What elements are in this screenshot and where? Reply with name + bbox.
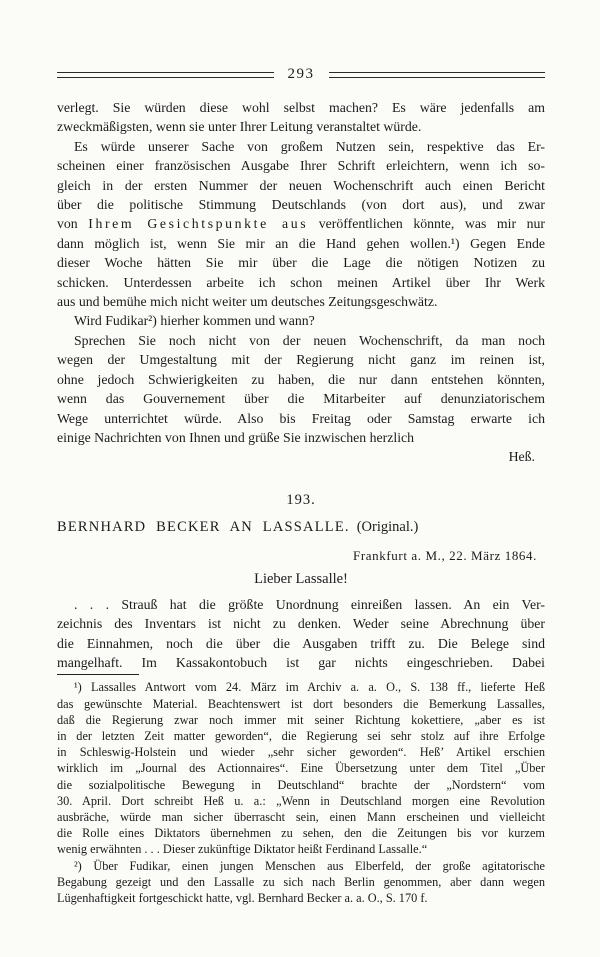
footnote-line: ausbräche, würde man sicher überrascht s… (57, 809, 545, 825)
text-line: ohne jedoch Schwierigkeiten zu haben, di… (57, 370, 545, 389)
text-line: mangelhaft. Im Kassakontobuch ist gar ni… (57, 653, 545, 672)
text-line: die Einnahmen, noch die über die Ausgabe… (57, 634, 545, 653)
footnote-line: ¹) Lassalles Antwort vom 24. März im Arc… (57, 679, 545, 695)
text-line: Es würde unserer Sache von großem Nutzen… (57, 137, 545, 156)
text-line: Wird Fudikar²) hierher kommen und wann? (57, 311, 545, 330)
text-line: Wege unterrichtet würde. Also bis Freita… (57, 409, 545, 428)
text-line: Sprechen Sie noch nicht von der neuen Wo… (57, 331, 545, 350)
footnote-line: in Schleswig-Holstein und wieder „sehr s… (57, 744, 545, 760)
text-line: gleich in der ersten Nummer der neuen Wo… (57, 176, 545, 195)
footnote-line: die Rolle eines Diktators übernehmen zu … (57, 825, 545, 841)
letter-signature: Heß. (57, 447, 545, 466)
footnote-1: ¹) Lassalles Antwort vom 24. März im Arc… (57, 679, 545, 857)
header-rule-right (329, 72, 546, 78)
header-rule-left (57, 72, 274, 78)
text-line-spaced-emphasis: von Ihrem Gesichtspunkte aus veröffentli… (57, 214, 545, 233)
letter-193-body: . . . Strauß hat die größte Unordnung ei… (57, 595, 545, 673)
letter-dateline: Frankfurt a. M., 22. März 1864. (57, 547, 545, 565)
text-line: über die politische Stimmung Deutschland… (57, 195, 545, 214)
footnote-line: Begabung gezeigt und den Lassalle zu sic… (57, 874, 545, 890)
text-line: wegen der Umgestaltung mit der Regierung… (57, 350, 545, 369)
paragraph: Wird Fudikar²) hierher kommen und wann? (57, 311, 545, 330)
footnotes-block: ¹) Lassalles Antwort vom 24. März im Arc… (57, 679, 545, 906)
text-line: wenn das Gouvernement über die Mitarbeit… (57, 389, 545, 408)
text-line: verlegt. Sie würden diese wohl selbst ma… (57, 98, 545, 117)
footnote-line: in der letzten Zeit matter geworden“, di… (57, 728, 545, 744)
page-number: 293 (274, 67, 329, 82)
letter-heading-suffix: (Original.) (357, 519, 419, 535)
footnote-line: Lügenhaftigkeit fortgeschickt hatte, vgl… (57, 890, 545, 906)
footnote-line: das gewünschte Material. Beachtenswert i… (57, 696, 545, 712)
letter-heading-caps: BERNHARD BECKER AN LASSALLE. (57, 519, 350, 535)
letter-salutation: Lieber Lassalle! (57, 570, 545, 589)
footnote-line: ²) Über Fudikar, einen jungen Menschen a… (57, 858, 545, 874)
text-line: aus und bemühe mich nicht weiter um deut… (57, 292, 545, 311)
footnote-2: ²) Über Fudikar, einen jungen Menschen a… (57, 858, 545, 907)
text-line: einige Nachrichten von Ihnen und grüße S… (57, 428, 545, 447)
text-line: dieser Woche hätten Sie mir über die Lag… (57, 253, 545, 272)
paragraph: verlegt. Sie würden diese wohl selbst ma… (57, 98, 545, 137)
text-segment: von (57, 216, 88, 231)
text-line: zeichnis des Inventars ist nicht zu denk… (57, 614, 545, 633)
letter-heading: BERNHARD BECKER AN LASSALLE.(Original.) (57, 517, 545, 537)
letter-number: 193. (57, 491, 545, 510)
book-page: 293 verlegt. Sie würden diese wohl selbs… (0, 0, 600, 906)
running-head: 293 (57, 64, 545, 85)
footnote-line: wenig erwähnten . . . Dieser zukünftige … (57, 841, 545, 857)
paragraph: Es würde unserer Sache von großem Nutzen… (57, 137, 545, 312)
footnote-line: daß die Regierung zwar noch immer mit se… (57, 712, 545, 728)
letter-193: 193. BERNHARD BECKER AN LASSALLE.(Origin… (57, 491, 545, 673)
paragraph: Sprechen Sie noch nicht von der neuen Wo… (57, 331, 545, 447)
text-line: scheinen einer französischen Ausgabe Ihr… (57, 156, 545, 175)
text-line: . . . Strauß hat die größte Unordnung ei… (57, 595, 545, 614)
footnote-line: wirklich im „Journal des Actionnaires“. … (57, 760, 545, 776)
text-segment: veröffentlichen könnte, was mir nur (308, 216, 545, 231)
footnote-separator (57, 674, 139, 675)
letter-192-body: verlegt. Sie würden diese wohl selbst ma… (57, 98, 545, 467)
footnote-line: 30. April. Dort schreibt Heß u. a.: „Wen… (57, 793, 545, 809)
text-line: zweckmäßigsten, wenn sie unter Ihrer Lei… (57, 117, 545, 136)
text-line: schicken. Unterdessen arbeite ich schon … (57, 273, 545, 292)
footnote-line: die sozialpolitische Bewegung in Deutsch… (57, 777, 545, 793)
text-line: dann möglich ist, wenn Sie mir an die Ha… (57, 234, 545, 253)
letter-spaced-emphasis: Ihrem Gesichtspunkte aus (88, 216, 308, 231)
